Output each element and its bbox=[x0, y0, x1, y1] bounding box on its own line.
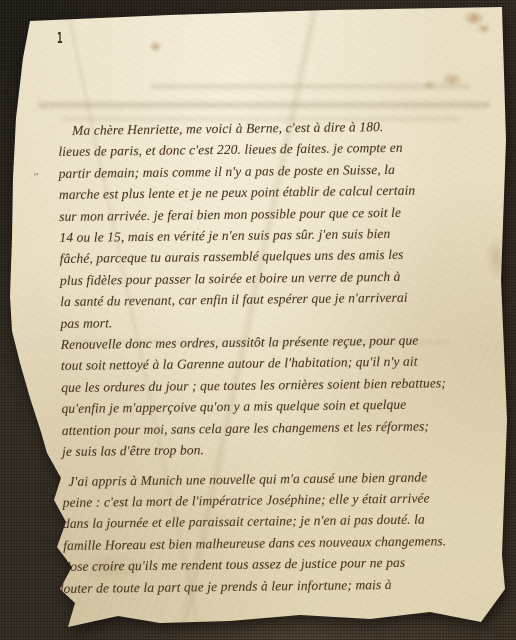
foxing-stain bbox=[463, 10, 485, 26]
foxing-stain bbox=[486, 235, 506, 281]
paragraph: Ma chère Henriette, me voici à Berne, c'… bbox=[58, 115, 473, 334]
paragraph: J'ai appris à Munich une nouvelle qui m'… bbox=[62, 465, 476, 598]
letter-paper-wrap: 1 ’’ Ma chère Henriette, me voici à Bern… bbox=[0, 0, 516, 640]
letter-paper: 1 ’’ Ma chère Henriette, me voici à Bern… bbox=[0, 0, 516, 640]
ink-showthrough bbox=[150, 82, 470, 91]
handwritten-line: douter de toute la part que je prends à … bbox=[57, 572, 476, 599]
foxing-stain bbox=[149, 41, 162, 52]
foxing-stain bbox=[423, 80, 436, 90]
handwritten-line: je suis las d'être trop bon. bbox=[62, 436, 474, 462]
photo-background: 1 ’’ Ma chère Henriette, me voici à Bern… bbox=[0, 0, 516, 640]
letter-text: Ma chère Henriette, me voici à Berne, c'… bbox=[58, 115, 476, 599]
margin-insertion-mark: ’’ bbox=[32, 172, 39, 184]
paragraph: Renouvelle donc mes ordres, aussitôt la … bbox=[61, 329, 475, 462]
foxing-stain bbox=[441, 72, 463, 87]
page-number: 1 bbox=[57, 29, 62, 47]
ink-showthrough bbox=[38, 100, 490, 110]
foxing-stain bbox=[477, 23, 491, 34]
